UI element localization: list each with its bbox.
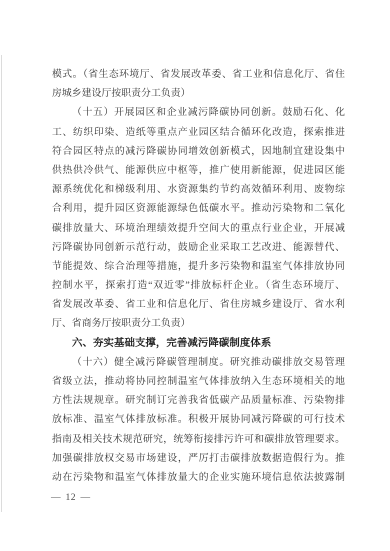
document-text-block: 模式。（省生态环境厅、省发展改革委、省工业和信息化厅、省住 房城乡建设厅按职责分…	[52, 65, 345, 487]
document-page: 模式。（省生态环境厅、省发展改革委、省工业和信息化厅、省住 房城乡建设厅按职责分…	[0, 0, 390, 551]
page-edge-artifact	[1, 55, 2, 512]
paragraph-line: 指南及相关技术规范研究，统筹衔接排污许可和碳排放管理要求。	[52, 430, 345, 449]
paragraph-line: 模式。（省生态环境厅、省发展改革委、省工业和信息化厅、省住	[52, 65, 345, 84]
paragraph-line: 碳排放量大、环境治理绩效提升空间大的重点行业企业，开展减	[52, 219, 345, 238]
paragraph-line: 放标准、温室气体排放标准。积极开展协同减污降碳的可行技术	[52, 410, 345, 429]
paragraph-line: 供热供冷供气、能源供应中枢等，推广使用新能源，促进园区能	[52, 161, 345, 180]
paragraph-line: 控制水平，探索打造“双近零”排放标杆企业。（省生态环境厅、	[52, 276, 345, 295]
paragraph-line: （十六）健全减污降碳管理制度。研究推动碳排放交易管理	[52, 353, 345, 372]
paragraph-line: 节能提效、综合治理等措施，提升多污染物和温室气体排放协同	[52, 257, 345, 276]
paragraph-line: 省发展改革委、省工业和信息化厅、省住房城乡建设厅、省水利	[52, 295, 345, 314]
page-number: — 12 —	[51, 491, 91, 504]
paragraph-line: 省级立法，推动将协同控制温室气体排放纳入生态环境相关的地	[52, 372, 345, 391]
paragraph-line: 污降碳协同创新示范行动，鼓励企业采取工艺改进、能源替代、	[52, 238, 345, 257]
paragraph-line: 厅、省商务厅按职责分工负责）	[52, 314, 345, 333]
paragraph-line: （十五）开展园区和企业减污降碳协同创新。鼓励石化、化	[52, 103, 345, 122]
paragraph-line: 房城乡建设厅按职责分工负责）	[52, 84, 345, 103]
paragraph-line: 符合园区特点的减污降碳协同增效创新模式，因地制宜建设集中	[52, 142, 345, 161]
paragraph-line: 源系统优化和梯级利用、水资源集约节约高效循环利用、废物综	[52, 180, 345, 199]
paragraph-line: 加强碳排放权交易市场建设，严厉打击碳排放数据造假行为。推	[52, 449, 345, 468]
paragraph-line: 合利用，提升园区资源能源绿色低碳水平。推动污染物和二氧化	[52, 199, 345, 218]
section-heading: 六、夯实基础支撑，完善减污降碳制度体系	[52, 334, 345, 353]
paragraph-line: 工、纺织印染、造纸等重点产业园区结合循环化改造，探索推进	[52, 123, 345, 142]
paragraph-line: 动在污染物和温室气体排放量大的企业实施环境信息依法披露制	[52, 468, 345, 487]
paragraph-line: 方性法规规章。研究制订完善我省低碳产品质量标准、污染物排	[52, 391, 345, 410]
